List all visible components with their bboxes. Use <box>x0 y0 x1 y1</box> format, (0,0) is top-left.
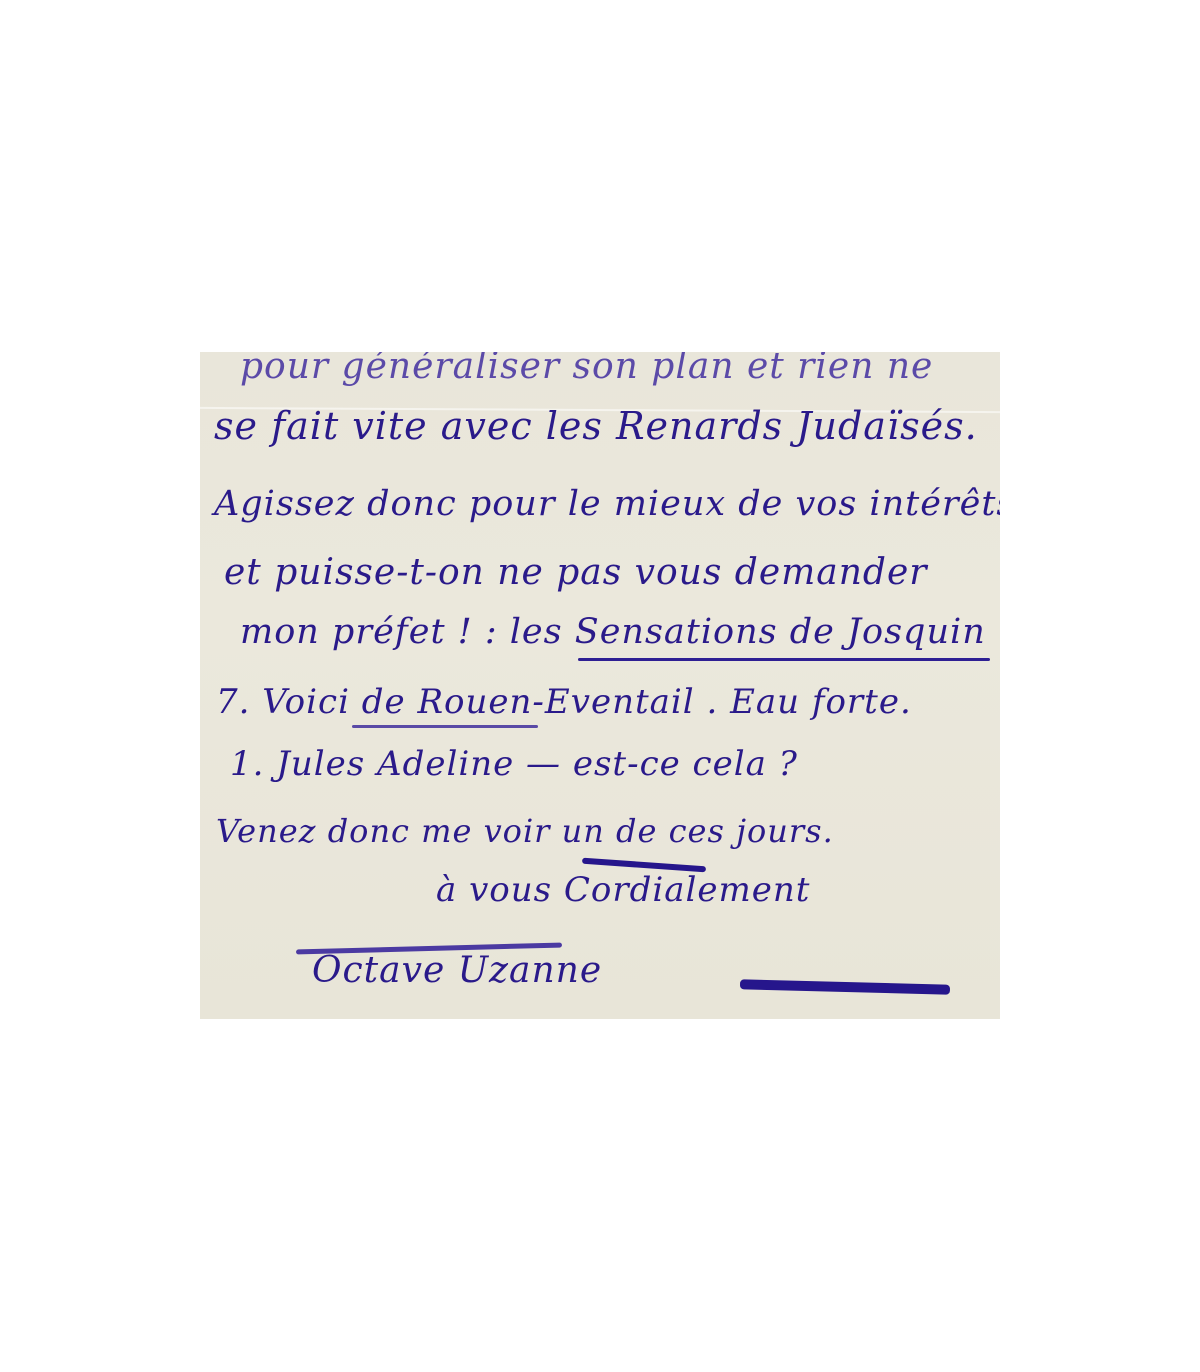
letter-signature: Octave Uzanne <box>312 950 602 991</box>
letter-line-3: Agissez donc pour le mieux de vos intérê… <box>214 484 1000 524</box>
underline-rouen-eventail <box>352 725 538 728</box>
letter-line-1: pour généraliser son plan et rien ne <box>240 352 933 387</box>
underline-josquin <box>578 658 990 661</box>
signature-flourish <box>740 979 950 994</box>
letter-paper: pour généraliser son plan et rien ne se … <box>200 352 1000 1019</box>
letter-line-4: et puisse-t-on ne pas vous demander <box>224 552 927 593</box>
letter-closing: à vous Cordialement <box>436 870 810 910</box>
letter-line-7: 1. Jules Adeline — est-ce cela ? <box>230 744 798 784</box>
letter-line-5: mon préfet ! : les Sensations de Josquin <box>240 612 986 652</box>
letter-line-6: 7. Voici de Rouen-Eventail . Eau forte. <box>216 682 912 722</box>
letter-line-8: Venez donc me voir un de ces jours. <box>216 812 834 850</box>
letter-line-2: se fait vite avec les Renards Judaïsés. <box>214 404 978 448</box>
